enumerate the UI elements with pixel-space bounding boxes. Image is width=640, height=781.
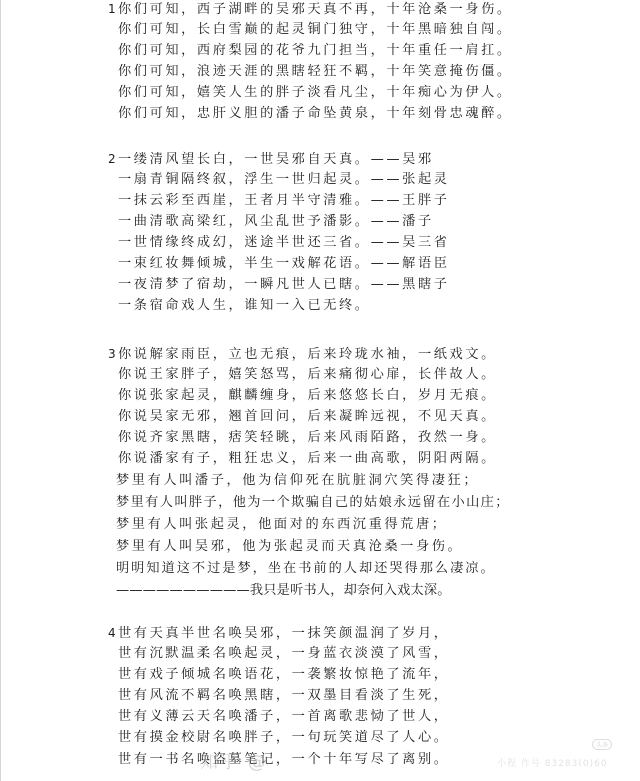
poem-line: 你说王家胖子，嬉笑怒骂，后来痛彻心扉，长伴故人。 bbox=[118, 366, 497, 384]
poem-line: 世有沉默温柔名唤起灵，一身蓝衣淡漠了风雪， bbox=[118, 645, 450, 663]
poem-document: 1你们可知，西子湖畔的吴邪天真不再，十年沧桑一身伤。 你们可知，长白雪巅的起灵铜… bbox=[0, 0, 640, 781]
poem-line: 你说齐家黑瞎，痞笑轻眺，后来风雨陌路，孜然一身。 bbox=[118, 429, 497, 447]
section-number: 3 bbox=[108, 345, 118, 363]
poem-line: 你们可知，嬉笑人生的胖子淡看凡尘，十年痴心为伊人。 bbox=[118, 84, 513, 102]
poem-line: 一条宿命戏人生，谁知一入已无终。 bbox=[118, 297, 371, 315]
watermark-badge: 头条 bbox=[592, 739, 612, 750]
poem-line: 梦里有人叫张起灵，他面对的东西沉重得荒唐； bbox=[116, 516, 448, 534]
poem-line: 世有戏子倾城名唤语花，一袭繁妆惊艳了流年， bbox=[118, 666, 450, 684]
poem-line: 你说吴家无邪，翘首回问，后来凝眸远视，不见天真。 bbox=[118, 408, 497, 426]
section-number: 4 bbox=[108, 624, 118, 642]
poem-line: 梦里有人叫吴邪，他为张起灵而天真沧桑一身伤。 bbox=[116, 538, 463, 556]
poem-line: 一夜清梦了宿劫，一瞬凡世人已瞎。——黑瞎子 bbox=[118, 276, 450, 294]
poem-line: 你说潘家有子，粗狂忠义，后来一曲高歌，阴阳两隔。 bbox=[118, 450, 497, 468]
poem-line: 明明知道这不过是梦，坐在书前的人却还哭得那么凄凉。 bbox=[116, 560, 496, 578]
poem-line: 一扇青铜隔终叙，浮生一世归起灵。——张起灵 bbox=[118, 171, 450, 189]
poem-line: 世有义薄云天名唤潘子，一首离歌悲恸了世人， bbox=[118, 708, 450, 726]
poem-line: 3你说解家雨臣，立也无痕，后来玲珑水袖，一纸戏文。 bbox=[108, 345, 497, 364]
poem-line: 你说张家起灵，麒麟缠身，后来悠悠长白，岁月无痕。 bbox=[118, 387, 497, 405]
poem-line: 世有风流不羁名唤黑瞎，一双墨目看淡了生死， bbox=[118, 687, 450, 705]
section-number: 2 bbox=[108, 150, 118, 168]
poem-line: 1你们可知，西子湖畔的吴邪天真不再，十年沧桑一身伤。 bbox=[108, 0, 513, 19]
poem-line: 2一缕清风望长白，一世吴邪自天真。——吴邪 bbox=[108, 150, 434, 169]
poem-line: 你们可知，长白雪巅的起灵铜门独守，十年黑暗独自闯。 bbox=[118, 21, 513, 39]
poem-line: 梦里有人叫胖子，他为一个欺骗自己的姑娘永远留在小山庄； bbox=[116, 494, 510, 512]
account-watermark: 小程 作号 83283(0)60 bbox=[497, 756, 608, 769]
poem-line: 世有一书名唤盗墓笔记，一个十年写尽了离别。 bbox=[118, 751, 450, 769]
poem-line: 世有摸金校尉名唤胖子，一句玩笑道尽了人心。 bbox=[118, 729, 450, 747]
section-number: 1 bbox=[108, 0, 118, 18]
poem-line: ——————————我只是听书人，却奈何入戏太深。 bbox=[116, 582, 451, 600]
poem-line: 一曲清歌高梁红，风尘乱世予潘影。——潘子 bbox=[118, 213, 434, 231]
poem-line: 一抹云彩至西崖，王者月半守清雅。——王胖子 bbox=[118, 192, 450, 210]
zhihu-watermark: 知乎 @ bbox=[200, 748, 268, 774]
poem-line: 4世有天真半世名唤吴邪，一抹笑颜温润了岁月， bbox=[108, 624, 450, 643]
poem-line: 你们可知，忠肝义胆的潘子命坠黄泉，十年刻骨忠魂醉。 bbox=[118, 105, 513, 123]
poem-line: 一世情缘终成幻，迷途半世还三省。——吴三省 bbox=[118, 234, 450, 252]
poem-line: 你们可知，西府梨园的花爷九门担当，十年重任一肩扛。 bbox=[118, 42, 513, 60]
poem-line: 你们可知，浪迹天涯的黑瞎轻狂不羁，十年笑意掩伤僵。 bbox=[118, 63, 513, 81]
poem-line: 一束红妆舞倾城，半生一戏解花语。——解语臣 bbox=[118, 255, 450, 273]
poem-line: 梦里有人叫潘子，他为信仰死在肮脏洞穴笑得凄狂； bbox=[116, 472, 479, 490]
